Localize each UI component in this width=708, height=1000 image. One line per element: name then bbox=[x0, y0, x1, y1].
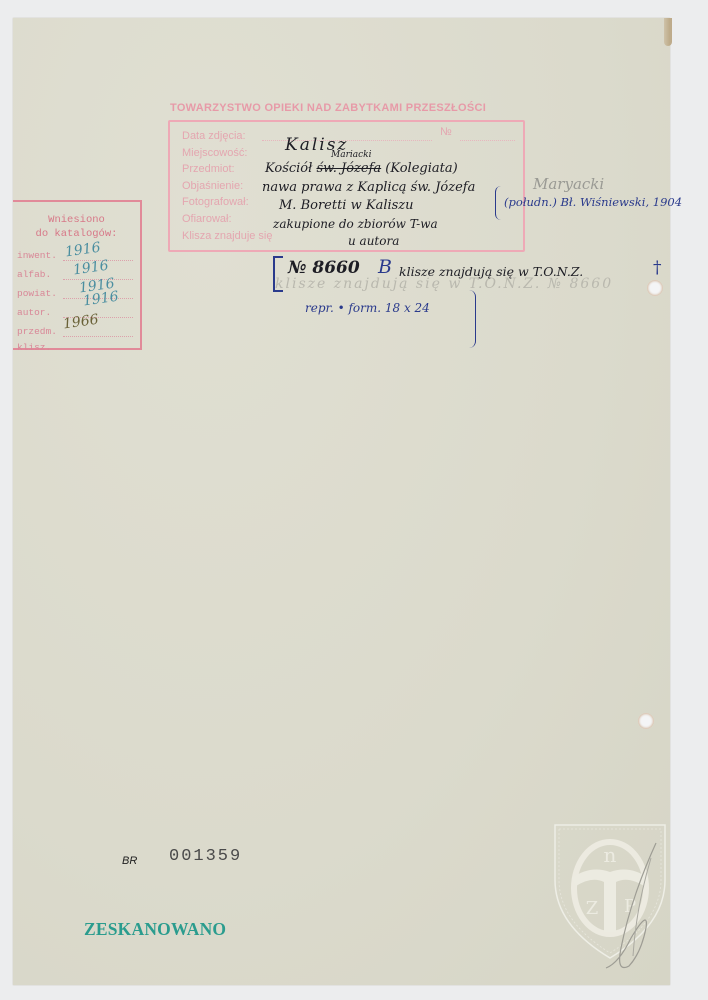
catalog-value-inwent: 1916 bbox=[64, 240, 102, 261]
stamp-label-description: Objaśnienie: bbox=[182, 178, 273, 195]
pencil-signature-icon bbox=[601, 838, 661, 978]
blue-paren-right-note bbox=[495, 186, 501, 220]
hw-donation: zakupione do zbiorów T-wa bbox=[273, 217, 438, 231]
catalog-row-klisz: klisz. bbox=[17, 342, 51, 353]
inventory-prefix: BR bbox=[122, 855, 137, 867]
catalog-label: inwent. bbox=[17, 250, 57, 261]
stamp-label-donor: Ofiarował: bbox=[182, 211, 273, 228]
hw-plate-location: u autora bbox=[348, 234, 399, 248]
catalog-row-inwent: inwent. bbox=[17, 250, 57, 261]
hw-description: nawa prawa z Kaplicą św. Józefa bbox=[262, 180, 475, 195]
hw-object-struck: św. Józefa bbox=[316, 161, 381, 176]
catalog-row-przedm: przedm. bbox=[17, 326, 57, 337]
stamp-dotline bbox=[460, 140, 515, 141]
stamp-label-date: Data zdjęcia: bbox=[182, 128, 273, 145]
blue-note-author: (połudn.) Bł. Wiśniewski, 1904 bbox=[504, 195, 682, 209]
catalog-label: przedm. bbox=[17, 326, 57, 337]
society-stamp-title: TOWARZYSTWO OPIEKI NAD ZABYTKAMI PRZESZŁ… bbox=[170, 102, 486, 114]
catalog-label: alfab. bbox=[17, 269, 51, 280]
stamp-label-photographer: Fotografował: bbox=[182, 194, 273, 211]
hw-object-suffix: (Kolegiata) bbox=[385, 161, 457, 176]
hw-plate-note: klisze znajdują się w T.O.N.Z. bbox=[399, 264, 583, 279]
inventory-number: 001359 bbox=[169, 847, 242, 866]
hw-object-line: Kościół św. Józefa (Kolegiata) bbox=[265, 161, 458, 176]
scanned-stamp: ZESKANOWANO bbox=[84, 919, 226, 940]
punch-hole-bottom bbox=[638, 713, 654, 729]
hw-catalog-number: № 8660 bbox=[288, 258, 360, 278]
document-card: TOWARZYSTWO OPIEKI NAD ZABYTKAMI PRZESZŁ… bbox=[13, 18, 670, 985]
hw-photographer: M. Boretti w Kaliszu bbox=[279, 198, 414, 213]
catalog-row-powiat: powiat. bbox=[17, 288, 57, 299]
corner-stain bbox=[664, 18, 672, 46]
catalog-heading-2: do katalogów: bbox=[13, 228, 140, 240]
catalog-value-autor: 1916 bbox=[82, 289, 120, 310]
stamp-label-object: Przedmiot: bbox=[182, 161, 273, 178]
catalog-row-autor: autor. bbox=[17, 307, 51, 318]
catalog-dotline bbox=[63, 336, 133, 337]
hw-object-insert: Mariacki bbox=[331, 150, 372, 160]
catalog-label: autor. bbox=[17, 307, 51, 318]
stamp-label-plate: Klisza znajduje się bbox=[182, 228, 273, 245]
stamp-field-labels: Data zdjęcia: Miejscowość: Przedmiot: Ob… bbox=[182, 128, 273, 244]
catalog-stamp: Wniesiono do katalogów: inwent. 1916 alf… bbox=[13, 200, 142, 350]
stamp-number-label: № bbox=[440, 126, 452, 138]
catalog-heading-1: Wniesiono bbox=[13, 214, 140, 226]
catalog-label: klisz. bbox=[17, 342, 51, 353]
cross-mark: † bbox=[653, 258, 662, 278]
catalog-label: powiat. bbox=[17, 288, 57, 299]
hw-object-prefix: Kościół bbox=[265, 161, 312, 176]
catalog-row-alfab: alfab. bbox=[17, 269, 51, 280]
catalog-value-przedm: 1966 bbox=[62, 312, 100, 333]
blue-paren bbox=[469, 290, 476, 348]
svg-text:Z: Z bbox=[586, 898, 599, 919]
stamp-label-place: Miejscowość: bbox=[182, 145, 273, 162]
catalog-value-alfab: 1916 bbox=[72, 258, 110, 279]
hw-format-note: repr. • form. 18 x 24 bbox=[305, 301, 430, 315]
hw-number-suffix: B bbox=[378, 256, 392, 278]
punch-hole-top bbox=[647, 280, 663, 296]
pencil-note-maryacki: Maryacki bbox=[533, 175, 604, 193]
